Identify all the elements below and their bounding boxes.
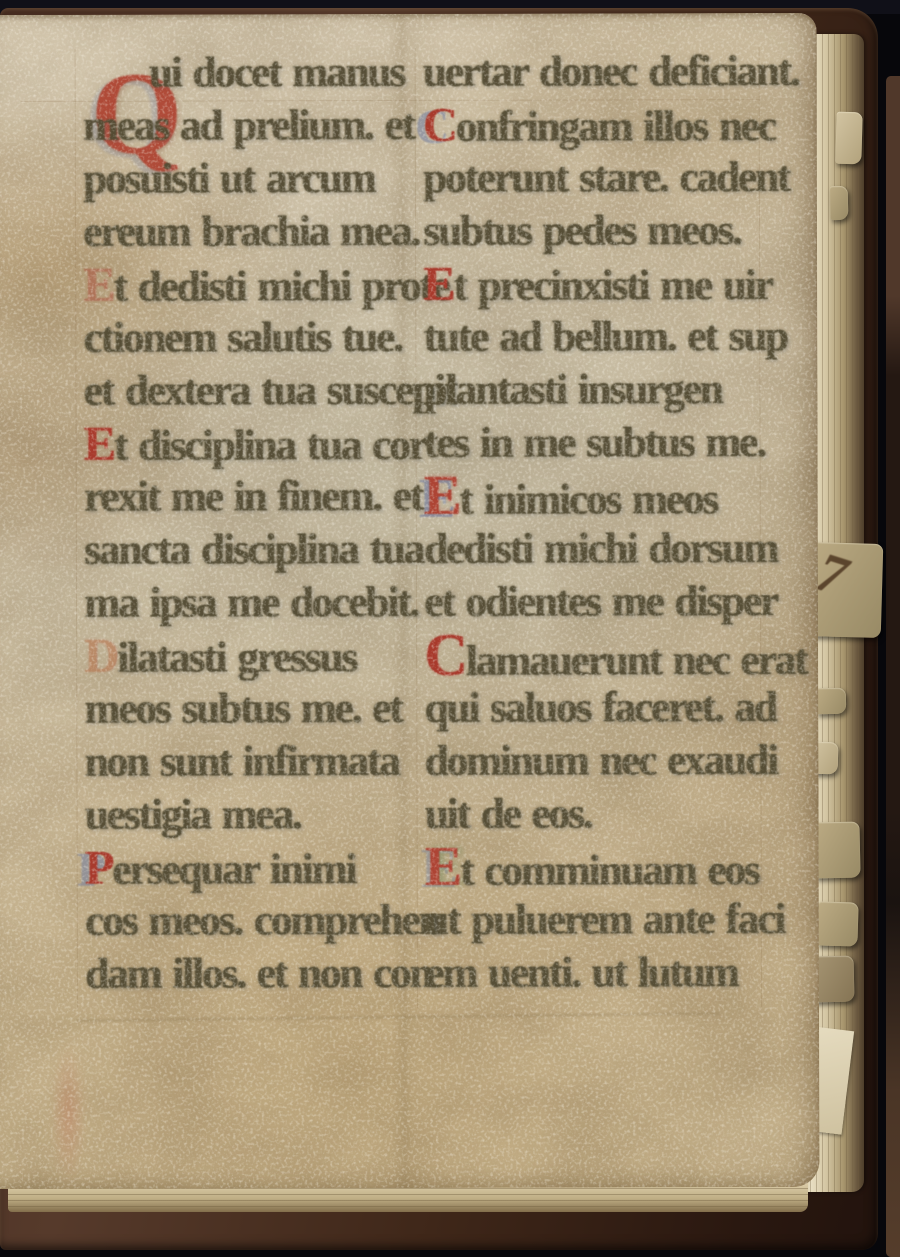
text-line: dam illos. et non con xyxy=(85,947,458,1001)
line-text: meas ad prelium. et xyxy=(83,102,414,150)
rubric-initial: C xyxy=(423,99,456,152)
text-line: Et comminuam eos xyxy=(425,840,807,894)
rubric-initial: E xyxy=(423,258,453,311)
text-line: ui docet manus xyxy=(83,46,456,100)
adjacent-book-edge xyxy=(886,76,900,1257)
index-tab xyxy=(830,186,849,220)
line-text: posuisti ut arcum xyxy=(83,155,374,203)
text-line: cos meos. comprehen xyxy=(85,894,458,948)
line-text: t comminuam eos xyxy=(460,847,759,895)
line-text: uestigia mea. xyxy=(84,791,300,839)
rubric-initial: E xyxy=(425,836,460,898)
text-line: Et disciplina tua cor xyxy=(84,417,457,471)
manuscript-photo: 7 Q ui docet manusmeas ad prelium. etpos… xyxy=(0,0,900,1257)
line-text: ui docet manus xyxy=(149,49,404,97)
line-text: ut puluerem ante faci xyxy=(425,896,784,944)
text-line: et dextera tua suscepit xyxy=(83,364,456,418)
line-text: dedisti michi dorsum xyxy=(424,525,777,573)
text-line: subtus pedes meos. xyxy=(423,204,805,258)
text-line: et odientes me disper xyxy=(424,575,806,629)
text-line: ut puluerem ante faci xyxy=(425,893,807,947)
parchment-leaf: Q ui docet manusmeas ad prelium. etposui… xyxy=(0,13,820,1189)
text-line: meas ad prelium. et xyxy=(83,99,456,153)
line-text: poterunt stare. cadent xyxy=(423,154,789,202)
line-text: t precinxisti me uir xyxy=(453,262,771,310)
text-line: Persequar inimi xyxy=(85,841,458,895)
ruling-line xyxy=(75,49,79,1009)
line-text: dominum nec exaudi xyxy=(424,737,776,785)
text-line: posuisti ut arcum xyxy=(83,152,456,206)
index-tab xyxy=(816,688,847,715)
text-line: dominum nec exaudi xyxy=(424,734,806,788)
text-line: Dilatasti gressus xyxy=(84,629,457,683)
index-tab xyxy=(813,822,860,879)
text-line: sancta disciplina tua xyxy=(84,523,457,577)
line-text: t inimicos meos xyxy=(459,476,717,524)
line-text: uertar donec deficiant. xyxy=(423,48,799,96)
line-text: plantasti insurgen xyxy=(423,366,721,414)
text-line: ma ipsa me docebit. xyxy=(84,576,457,630)
line-text: lamauerunt nec erat xyxy=(466,637,807,685)
line-text: meos subtus me. et xyxy=(84,685,401,733)
line-text: onfringam illos nec xyxy=(455,103,774,151)
rubric-initial: E xyxy=(424,465,459,527)
text-line: tes in me subtus me. xyxy=(424,416,806,470)
text-line: Confringam illos nec xyxy=(423,98,805,152)
line-text: ilatasti gressus xyxy=(117,634,356,682)
rubric-initial: E xyxy=(84,418,114,471)
line-text: t dedisti michi prote xyxy=(113,263,448,311)
text-line: poterunt stare. cadent xyxy=(423,151,805,205)
line-text: ctionem salutis tue. xyxy=(83,314,401,362)
text-line: non sunt infirmata xyxy=(84,735,457,789)
line-text: qui saluos faceret. ad xyxy=(424,684,775,732)
line-text: em uenti. ut lutum xyxy=(425,949,737,997)
line-text: uit de eos. xyxy=(424,791,591,838)
text-line: meos subtus me. et xyxy=(84,682,457,736)
text-line: uit de eos. xyxy=(424,787,806,841)
line-text: subtus pedes meos. xyxy=(423,207,741,255)
line-text: t disciplina tua cor xyxy=(114,422,426,470)
line-text: tute ad bellum. et sup xyxy=(423,313,787,361)
line-text: ma ipsa me docebit. xyxy=(84,579,418,627)
rubric-initial: E xyxy=(83,259,113,312)
text-line: Clamauerunt nec erat xyxy=(424,628,806,682)
rubric-initial: C xyxy=(424,622,466,689)
text-line: Et dedisti michi prote xyxy=(83,258,456,312)
text-column-right: uertar donec deficiant.Confringam illos … xyxy=(423,45,808,1000)
line-text: dam illos. et non con xyxy=(85,950,431,998)
text-line: Et inimicos meos xyxy=(424,469,806,523)
text-line: qui saluos faceret. ad xyxy=(424,681,806,735)
line-text: et dextera tua suscepit xyxy=(83,367,456,415)
red-pigment-offset xyxy=(51,1043,85,1183)
text-line: uertar donec deficiant. xyxy=(423,45,805,99)
index-tab xyxy=(817,901,858,946)
text-column-left: ui docet manusmeas ad prelium. etposuist… xyxy=(83,46,458,1001)
rubric-initial: D xyxy=(84,630,117,683)
line-text: sancta disciplina tua xyxy=(84,526,423,574)
text-line: tute ad bellum. et sup xyxy=(423,310,805,364)
text-line: ereum brachia mea. xyxy=(83,205,456,259)
text-line: rexit me in finem. et xyxy=(84,470,457,524)
line-text: cos meos. comprehen xyxy=(85,897,440,945)
index-tab xyxy=(835,112,862,165)
line-text: tes in me subtus me. xyxy=(424,419,765,467)
line-text: rexit me in finem. et xyxy=(84,473,422,521)
text-line: dedisti michi dorsum xyxy=(424,522,806,576)
text-line: plantasti insurgen xyxy=(423,363,805,417)
line-text: non sunt infirmata xyxy=(84,738,398,786)
line-text: ersequar inimi xyxy=(112,846,355,894)
line-text: et odientes me disper xyxy=(424,578,777,626)
text-line: ctionem salutis tue. xyxy=(83,311,456,365)
text-line: Et precinxisti me uir xyxy=(423,257,805,311)
text-line: em uenti. ut lutum xyxy=(425,946,807,1000)
rubric-initial: P xyxy=(85,842,113,895)
text-line: uestigia mea. xyxy=(84,788,457,842)
line-text: ereum brachia mea. xyxy=(83,208,419,256)
